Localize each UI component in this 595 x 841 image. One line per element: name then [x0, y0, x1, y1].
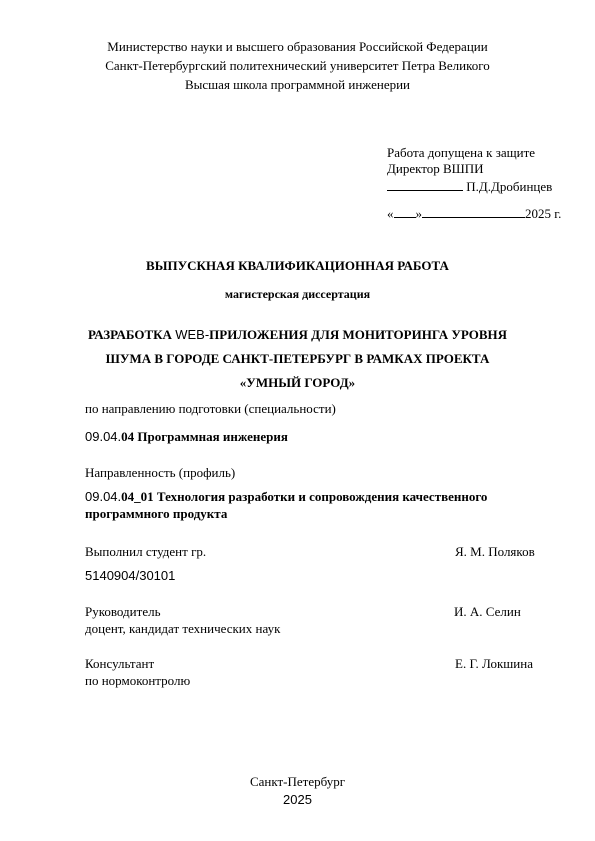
code-prefix: 09.04. [85, 489, 121, 504]
direction-code: 09.04.04 Программная инженерия [85, 428, 288, 445]
title-part: РАЗРАБОТКА [88, 327, 175, 342]
supervisor-title: доцент, кандидат технических наук [85, 620, 280, 637]
code-name: 04_01 Технология разработки и сопровожде… [121, 489, 487, 504]
code-prefix: 09.04. [85, 429, 121, 444]
signature-line [387, 179, 463, 191]
direction-label: по направлению подготовки (специальности… [85, 400, 336, 417]
code-name: 04 Программная инженерия [121, 429, 288, 444]
thesis-title-line-1: РАЗРАБОТКА WEB-ПРИЛОЖЕНИЯ ДЛЯ МОНИТОРИНГ… [0, 323, 595, 347]
supervisor-label: Руководитель [85, 603, 161, 620]
title-web: WEB- [175, 327, 209, 342]
consultant-label: Консультант [85, 655, 154, 672]
month-blank [422, 206, 525, 218]
approval-year: 2025 г. [525, 206, 561, 221]
work-type-title: ВЫПУСКНАЯ КВАЛИФИКАЦИОННАЯ РАБОТА [0, 257, 595, 275]
thesis-title-line-3: «УМНЫЙ ГОРОД» [0, 371, 595, 395]
university-name: Санкт-Петербургский политехнический унив… [0, 56, 595, 75]
student-group: 5140904/30101 [85, 567, 175, 584]
work-type-subtitle: магистерская диссертация [0, 285, 595, 303]
consultant-name: Е. Г. Локшина [455, 655, 533, 672]
approval-signature: П.Д.Дробинцев [387, 178, 552, 195]
approval-date: «»2025 г. [387, 205, 561, 222]
profile-code: 09.04.04_01 Технология разработки и сопр… [85, 488, 487, 505]
supervisor-name: И. А. Селин [454, 603, 521, 620]
thesis-title-line-2: ШУМА В ГОРОДЕ САНКТ-ПЕТЕРБУРГ В РАМКАХ П… [0, 347, 595, 371]
school-name: Высшая школа программной инженерии [0, 75, 595, 94]
approval-director: Директор ВШПИ [387, 160, 484, 177]
ministry-name: Министерство науки и высшего образования… [0, 37, 595, 56]
profile-code-continued: программного продукта [85, 505, 227, 522]
director-name: П.Д.Дробинцев [466, 179, 552, 194]
profile-label: Направленность (профиль) [85, 464, 235, 481]
approval-line: Работа допущена к защите [387, 144, 535, 161]
footer-year: 2025 [0, 791, 595, 809]
student-label: Выполнил студент гр. [85, 543, 206, 560]
title-part: ПРИЛОЖЕНИЯ ДЛЯ МОНИТОРИНГА УРОВНЯ [209, 327, 507, 342]
day-blank [394, 206, 416, 218]
student-name: Я. М. Поляков [455, 543, 535, 560]
consultant-title: по нормоконтролю [85, 672, 190, 689]
city: Санкт-Петербург [0, 773, 595, 791]
